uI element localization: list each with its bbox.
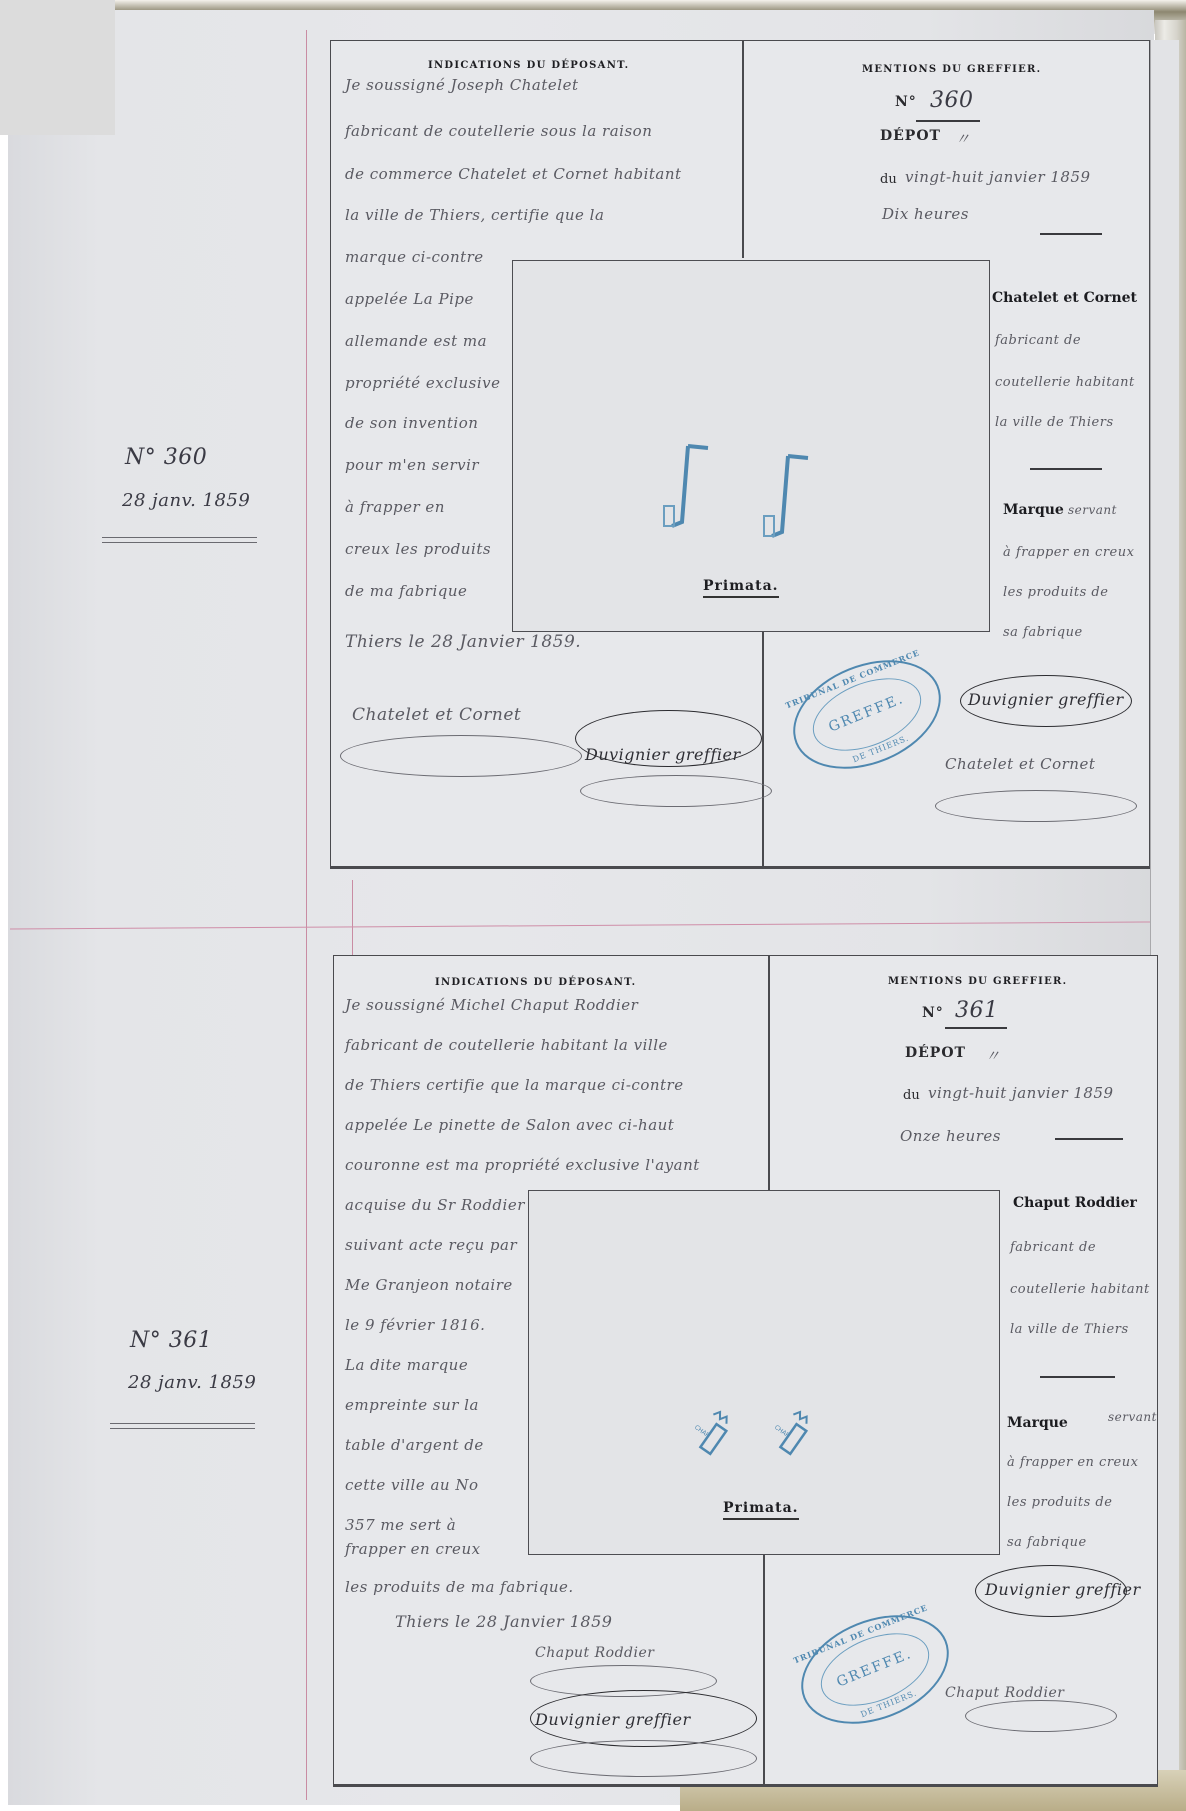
clerk-rule bbox=[1030, 468, 1102, 470]
marque-line: servant bbox=[1108, 1410, 1157, 1424]
pipe-mark-icon bbox=[660, 440, 720, 540]
depositor-line: 357 me sert à bbox=[345, 1516, 456, 1534]
depositor-header: INDICATIONS DU DÉPOSANT. bbox=[435, 977, 636, 988]
margin-line-short bbox=[352, 880, 353, 955]
depositor-line: la ville de Thiers, certifie que la bbox=[345, 206, 604, 224]
deposit-mark: 〃 bbox=[955, 128, 971, 149]
depositor-line: appelée Le pinette de Salon avec ci-haut bbox=[345, 1116, 674, 1134]
depositor-line: propriété exclusive bbox=[345, 374, 500, 392]
depositor-line: couronne est ma propriété exclusive l'ay… bbox=[345, 1156, 700, 1174]
entry-number: 360 bbox=[930, 88, 974, 113]
margin-underline bbox=[102, 537, 257, 543]
number-underline bbox=[916, 120, 980, 122]
clerk-depositor-name: Chatelet et Cornet bbox=[992, 290, 1137, 306]
clerk-flourish-lower bbox=[580, 775, 772, 807]
marque-line: sa fabrique bbox=[1003, 625, 1083, 640]
marque-line: à frapper en creux bbox=[1007, 1455, 1138, 1470]
depositor-line: pour m'en servir bbox=[345, 456, 479, 474]
marque-label: Marque bbox=[1007, 1415, 1068, 1431]
depositor-line: Thiers le 28 Janvier 1859. bbox=[345, 632, 581, 652]
clerk-flourish-right bbox=[960, 675, 1132, 727]
depositor-line: Je soussigné Michel Chaput Roddier bbox=[345, 996, 638, 1014]
deposit-time: Onze heures bbox=[900, 1127, 1001, 1145]
trademark-box bbox=[512, 260, 990, 632]
depositor-line: les produits de ma fabrique. bbox=[345, 1578, 574, 1596]
depositor-line: de son invention bbox=[345, 414, 478, 432]
date-prefix: du bbox=[903, 1088, 920, 1103]
depositor-line: de Thiers certifie que la marque ci-cont… bbox=[345, 1076, 684, 1094]
marque-line: les produits de bbox=[1007, 1495, 1112, 1510]
mark-caption: Primata. bbox=[703, 578, 779, 598]
clerk-flourish bbox=[575, 710, 762, 767]
column-divider-top bbox=[742, 40, 744, 258]
clerk-depositor-line: fabricant de bbox=[995, 333, 1081, 348]
corner-artifact bbox=[0, 0, 115, 135]
marque-line: à frapper en creux bbox=[1003, 545, 1134, 560]
depositor-line: table d'argent de bbox=[345, 1436, 484, 1454]
margin-underline bbox=[110, 1423, 255, 1429]
deposit-date: vingt-huit janvier 1859 bbox=[905, 168, 1091, 186]
margin-number: N° 361 bbox=[130, 1328, 212, 1353]
column-divider-bottom bbox=[763, 1548, 765, 1785]
depositor-line: La dite marque bbox=[345, 1356, 468, 1374]
depositor-line: marque ci-contre bbox=[345, 248, 484, 266]
clerk-depositor-line: coutellerie habitant bbox=[995, 375, 1135, 390]
pipe-mark-icon bbox=[760, 450, 820, 550]
depositor-line: Thiers le 28 Janvier 1859 bbox=[395, 1612, 612, 1631]
marque-label: Marque bbox=[1003, 502, 1064, 518]
clerk-depositor-signature: Chatelet et Cornet bbox=[945, 755, 1095, 773]
depositor-flourish-right bbox=[935, 790, 1137, 822]
depositor-line: acquise du Sr Roddier bbox=[345, 1196, 525, 1214]
clerk-depositor-line: la ville de Thiers bbox=[1010, 1322, 1129, 1337]
mark-caption: Primata. bbox=[723, 1500, 799, 1520]
depositor-line: empreinte sur la bbox=[345, 1396, 479, 1414]
depositor-header: INDICATIONS DU DÉPOSANT. bbox=[428, 60, 629, 71]
depositor-line: frapper en creux bbox=[345, 1540, 481, 1558]
time-rule bbox=[1040, 233, 1102, 235]
signature-flourish bbox=[340, 735, 582, 777]
depositor-signature: Chaput Roddier bbox=[535, 1645, 654, 1661]
deposit-label: DÉPOT bbox=[880, 128, 941, 144]
depositor-line: à frapper en bbox=[345, 498, 445, 516]
clerk-depositor-signature: Chaput Roddier bbox=[945, 1685, 1064, 1701]
marque-line: sa fabrique bbox=[1007, 1535, 1087, 1550]
depositor-line: appelée La Pipe bbox=[345, 290, 474, 308]
depositor-flourish-right bbox=[965, 1700, 1117, 1732]
deposit-label: DÉPOT bbox=[905, 1045, 966, 1061]
margin-line-vertical bbox=[306, 30, 307, 1800]
clerk-flourish bbox=[530, 1690, 757, 1747]
depositor-line: suivant acte reçu par bbox=[345, 1236, 517, 1254]
marque-line: servant bbox=[1068, 503, 1117, 517]
depositor-line: le 9 février 1816. bbox=[345, 1316, 485, 1334]
depositor-line: creux les produits bbox=[345, 540, 491, 558]
depositor-line: cette ville au No bbox=[345, 1476, 479, 1494]
depositor-line: Me Granjeon notaire bbox=[345, 1276, 513, 1294]
marque-line: les produits de bbox=[1003, 585, 1108, 600]
margin-date: 28 janv. 1859 bbox=[128, 1372, 256, 1393]
clerk-flourish-lower bbox=[530, 1740, 757, 1777]
depositor-signature: Chatelet et Cornet bbox=[352, 705, 521, 725]
clerk-header: MENTIONS DU GREFFIER. bbox=[862, 64, 1041, 75]
depositor-line: fabricant de coutellerie habitant la vil… bbox=[345, 1036, 668, 1054]
depositor-line: de commerce Chatelet et Cornet habitant bbox=[345, 165, 682, 183]
margin-number: N° 360 bbox=[125, 445, 207, 470]
time-rule bbox=[1055, 1138, 1123, 1140]
column-divider-top bbox=[768, 955, 770, 1193]
depositor-line: allemande est ma bbox=[345, 332, 487, 350]
depositor-line: Je soussigné Joseph Chatelet bbox=[345, 76, 579, 94]
clerk-depositor-line: la ville de Thiers bbox=[995, 415, 1114, 430]
deposit-time: Dix heures bbox=[882, 205, 969, 223]
clerk-depositor-line: coutellerie habitant bbox=[1010, 1282, 1150, 1297]
clerk-rule bbox=[1040, 1376, 1115, 1378]
deposit-date: vingt-huit janvier 1859 bbox=[928, 1084, 1114, 1102]
entry-number: 361 bbox=[955, 998, 999, 1023]
clerk-depositor-line: fabricant de bbox=[1010, 1240, 1096, 1255]
margin-date: 28 janv. 1859 bbox=[122, 490, 250, 511]
date-prefix: du bbox=[880, 172, 897, 187]
clerk-header: MENTIONS DU GREFFIER. bbox=[888, 976, 1067, 987]
column-divider-bottom bbox=[762, 632, 764, 867]
depositor-line: de ma fabrique bbox=[345, 582, 467, 600]
number-label: N° bbox=[895, 94, 917, 110]
number-underline bbox=[945, 1027, 1007, 1029]
clerk-flourish-right bbox=[975, 1565, 1127, 1617]
depositor-line: fabricant de coutellerie sous la raison bbox=[345, 122, 652, 140]
clerk-depositor-name: Chaput Roddier bbox=[1013, 1195, 1137, 1211]
number-label: N° bbox=[922, 1005, 944, 1021]
deposit-mark: 〃 bbox=[985, 1045, 1001, 1066]
